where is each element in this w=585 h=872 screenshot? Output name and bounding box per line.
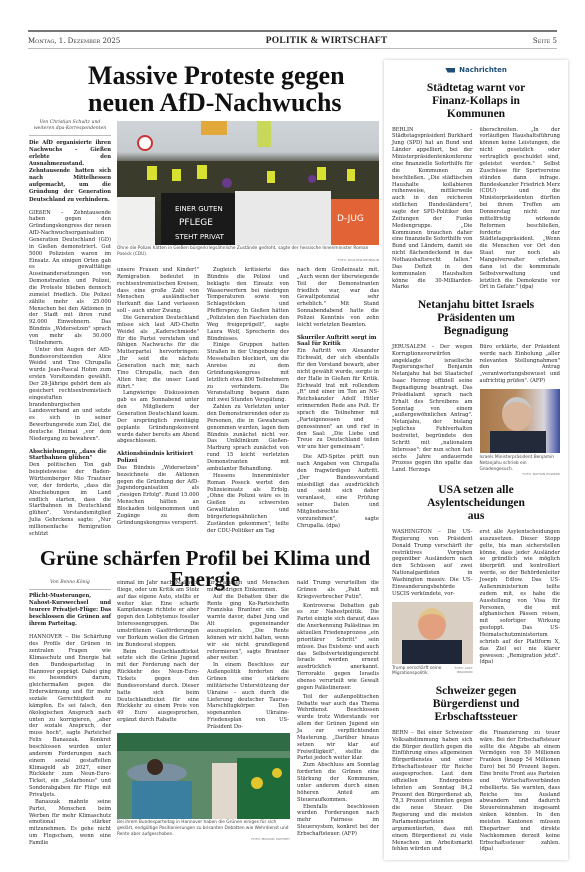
article2-paragraph: Kontroverse Debatten gab es zur Nahostpo…: [297, 603, 379, 692]
article2-photo-credit: FOTO: MICHAEL MATTHEY: [117, 837, 290, 841]
portrait-suit-icon: [490, 431, 546, 453]
news-item-usa-asyl: USA setzen alle Asylentscheidungen aus W…: [384, 484, 568, 677]
article1-subheading: Aktionsbündnis kritisiert Polizei: [117, 451, 199, 465]
news-headline: USA setzen alle Asylentscheidungen aus: [420, 484, 532, 523]
article1-photo-caption-block: Ohne die Polizei hätten in Gießen bürger…: [117, 246, 379, 262]
byline-divider: [29, 135, 111, 136]
article1-paragraph: Langwierige Diskussionen gab es am Sonna…: [117, 390, 199, 445]
article2-column-3: für Familien und Menschen mit niedrigen …: [207, 580, 289, 731]
article1-byline: Von Christian Schultz und weiteren dpa-K…: [29, 120, 111, 132]
article1-column-1: Von Christian Schultz und weiteren dpa-K…: [29, 120, 111, 538]
article1-paragraph: Die Generation Deutschland müsse sich la…: [117, 315, 199, 390]
article1-headline: Massive Proteste gegen neuen AfD-Nachwuc…: [88, 62, 378, 117]
article1-paragraph: GIEßEN – Zehntausende haben gegen den Gr…: [29, 210, 111, 347]
news-column: BERN – Bei einer Schweizer Volksabstimmu…: [392, 730, 473, 853]
article2-paragraph: HANNOVER – Die Schärfung des Profils der…: [29, 634, 111, 799]
article2-photo-caption: Bei ihrem Bundesparteitag in Hannover ha…: [117, 820, 290, 837]
article1-column-2: unsere Frauen und Kinder!" Remigration b…: [117, 267, 199, 527]
news-body: WASHINGTON – Die US-Regierung von Präsid…: [392, 529, 560, 677]
news-column: Büro erklärte, der Präsident werde nach …: [480, 344, 561, 477]
portrait-head-icon: [418, 608, 446, 640]
article2-paragraph: Zum Abschluss am Sonntag forderten die G…: [297, 762, 379, 803]
protest-scene-icon: EINER GUTEN PFLEGE STEHT PRIVAT D-JUG: [117, 121, 379, 245]
header-rule: [28, 48, 557, 49]
news-item-schweiz: Schweizer gegen Bürgerdienst und Erbscha…: [384, 685, 568, 853]
svg-text:PFLEGE: PFLEGE: [179, 218, 213, 228]
article1-subheading: Skurriler Auftritt sorgt im Saal für Kri…: [297, 335, 379, 349]
article2-paragraph: In einem Beschluss zur Außenpolitik ford…: [207, 662, 289, 731]
portrait-suit-icon: [402, 640, 462, 664]
article1-photo-caption: Ohne die Polizei hätten in Gießen bürger…: [117, 246, 379, 258]
article1-paragraph: Hessens Innenminister Roman Poseck werte…: [207, 473, 289, 535]
article2-paragraph: Ebenfalls beschlossen wurden Forderungen…: [297, 804, 379, 838]
convention-scene-icon: [117, 733, 290, 819]
section-title: POLITIK & WIRTSCHAFT: [266, 36, 388, 46]
article2-paragraph: Beim Deutschlandticket setzte sich die G…: [117, 649, 199, 724]
svg-text:STEHT PRIVAT: STEHT PRIVAT: [175, 233, 225, 241]
article2-paragraph: Banaszak mahnte seine Partei, Menschen b…: [29, 799, 111, 847]
news-body: BERLIN – Städtetagspräsident Burkhard Ju…: [392, 127, 560, 292]
article1-lead: Die AfD organisierte ihren Nachwuchs – G…: [29, 140, 111, 203]
article2-paragraph: einmal im Jahr nach Mallorca fliege, ode…: [117, 580, 199, 649]
news-item-staedtetag: Städtetag warnt vor Finanz-Kollaps in Ko…: [384, 82, 568, 291]
article1-column-3: Zugleich kritisierte das Bündnis die Pol…: [207, 267, 289, 535]
news-body: JERUSALEM – Der wegen Korruptionsvorwürf…: [392, 344, 560, 477]
article2-paragraph: nald Trump verurteilten die Grünen als „…: [297, 580, 379, 601]
netanjahu-photo-caption: Israels Ministerpräsident Benjamin Netan…: [480, 455, 561, 472]
page-number: Seite 5: [533, 37, 557, 45]
nachrichten-flag-icon: [445, 68, 455, 73]
article1-paragraph: unsere Frauen und Kinder!" Remigration b…: [117, 267, 199, 315]
article1-paragraph: Einige Gruppen hatten Straßen in der Umg…: [207, 342, 289, 404]
article1-paragraph: Zugleich kritisierte das Bündnis die Pol…: [207, 267, 289, 342]
news-headline: Netanjahu bittet Israels Präsidenten um …: [412, 299, 540, 338]
article1-paragraph: Den politischen Ton gab beispielsweise d…: [29, 462, 111, 537]
article1-column-4: nach dem Großeinsatz mit. „Auch wenn der…: [297, 267, 379, 530]
news-column: BERLIN – Städtetagspräsident Burkhard Ju…: [392, 127, 473, 292]
portrait-head-icon: [502, 397, 532, 431]
news-text: Büro erklärte, der Präsident werde nach …: [480, 344, 561, 385]
article2-column-2: einmal im Jahr nach Mallorca fliege, ode…: [117, 580, 199, 724]
trump-photo-caption-row: Trump verschärft seine Migrationspolitik…: [392, 666, 473, 678]
news-column: WASHINGTON – Die US-Regierung von Präsid…: [392, 529, 473, 677]
article2-column-1: Von Benno König Pflicht-Musterungen, Nah…: [29, 580, 111, 847]
issue-date: Montag, 1. Dezember 2025: [28, 37, 120, 45]
page-header: Montag, 1. Dezember 2025 POLITIK & WIRTS…: [28, 34, 557, 48]
article1-paragraph: nach dem Großeinsatz mit. „Auch wenn der…: [297, 267, 379, 329]
top-rule: [28, 30, 557, 32]
news-text: WASHINGTON – Die US-Regierung von Präsid…: [392, 529, 473, 598]
news-headline: Städtetag warnt vor Finanz-Kollaps in Ko…: [408, 82, 544, 121]
article1-paragraph: Unter den Augen der AfD-Bundesvorsitzend…: [29, 347, 111, 443]
article1-paragraph: Zahlen zu Verletzten unter den Demonstri…: [207, 404, 289, 473]
netanjahu-photo-credit: FOTO: NATHAN HOWARD: [480, 472, 561, 476]
svg-text:EINER GUTEN: EINER GUTEN: [175, 205, 223, 213]
svg-text:D-JUG: D-JUG: [337, 214, 364, 224]
article2-paragraph: Auf die Debatten über die Rente ging Ko-…: [207, 594, 289, 663]
article2-byline: Von Benno König: [29, 580, 111, 586]
news-column: die Finanzierung zu teuer wäre. Bei der …: [480, 730, 561, 853]
news-body: BERN – Bei einer Schweizer Volksabstimmu…: [392, 730, 560, 853]
article1-photo-credit: FOTO: PAUL PHILIPP BRAUN: [117, 258, 379, 262]
article2-lead: Pflicht-Musterungen, Nahost-Kurswechsel …: [29, 593, 111, 628]
news-headline: Schweizer gegen Bürgerdienst und Erbscha…: [406, 685, 546, 724]
article2-photo-caption-block: Bei ihrem Bundesparteitag in Hannover ha…: [117, 820, 290, 841]
news-item-netanjahu: Netanjahu bittet Israels Präsidenten um …: [384, 299, 568, 476]
trump-photo-caption: Trump verschärft seine Migrationspolitik…: [392, 666, 449, 678]
article1-subheading: Abschiebungen, „dass die Startbahnen glü…: [29, 449, 111, 463]
sidebar-label: Nachrichten: [384, 66, 568, 74]
news-column: überschreiten. „In der vorläufigen Haush…: [480, 127, 561, 292]
sidebar-label-text: Nachrichten: [459, 66, 507, 74]
trump-photo-credit: FOTO: ALEX BRANDON: [451, 666, 473, 678]
article2-paragraph: Teil der außenpolitischen Debatte war au…: [297, 694, 379, 763]
byline-divider: [29, 589, 111, 590]
article2-column-4: nald Trump verurteilten die Grünen als „…: [297, 580, 379, 838]
article1-paragraph: Das Bündnis „Widersetzen" bezeichnete di…: [117, 465, 199, 527]
trump-photo: [392, 602, 473, 664]
party-convention-photo: [117, 733, 290, 819]
news-column: erst alle Asylentscheidungen auszusetzen…: [480, 529, 561, 677]
protest-photo: EINER GUTEN PFLEGE STEHT PRIVAT D-JUG: [117, 121, 379, 245]
article1-paragraph: Ein Auftritt von Alexander Eichwald, der…: [297, 348, 379, 451]
news-sidebar: Nachrichten Städtetag warnt vor Finanz-K…: [384, 60, 568, 860]
article2-paragraph: für Familien und Menschen mit niedrigen …: [207, 580, 289, 594]
netanjahu-photo: [480, 389, 561, 453]
article1-paragraph: Die AfD-Spitze prüft nun nach Angaben vo…: [297, 454, 379, 529]
news-column: JERUSALEM – Der wegen Korruptionsvorwürf…: [392, 344, 473, 477]
